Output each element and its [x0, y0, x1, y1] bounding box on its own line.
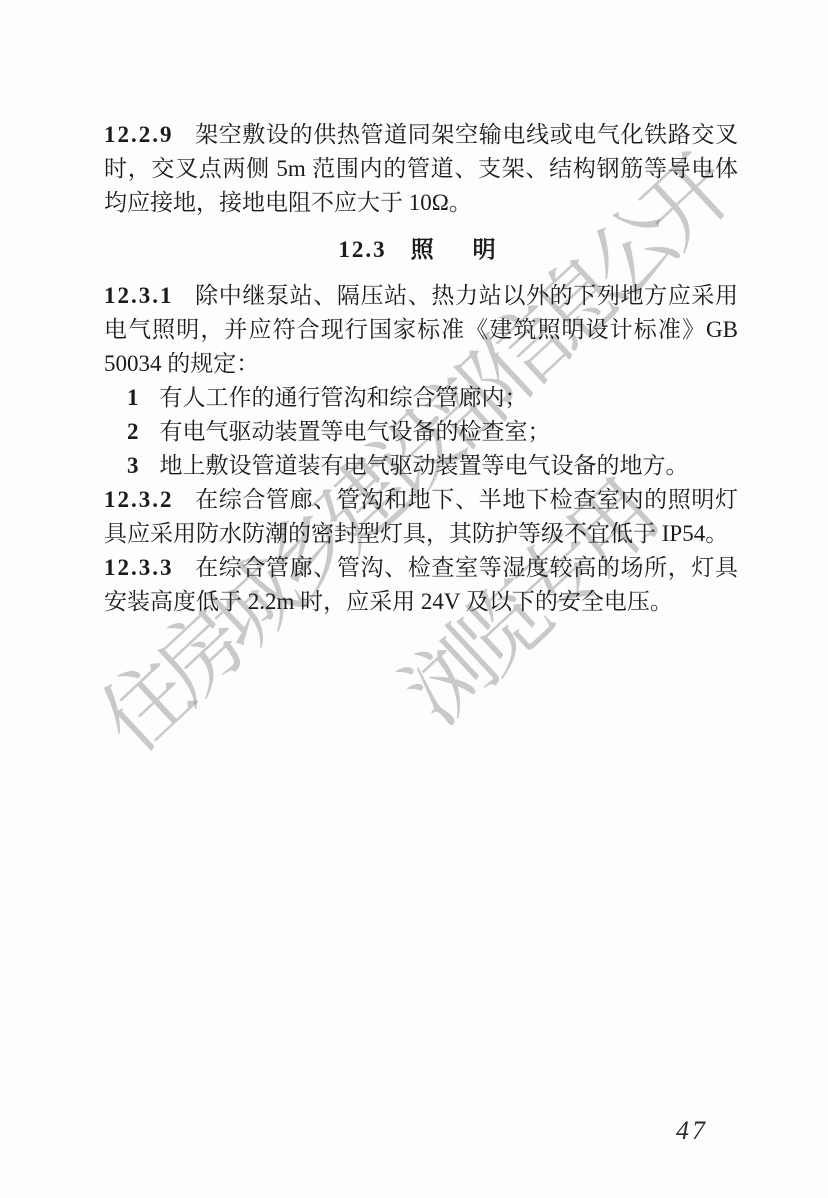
list-item-1-text: 有人工作的通行管沟和综合管廊内； — [160, 385, 528, 410]
list-item-2: 2有电气驱动装置等电气设备的检查室； — [104, 415, 738, 449]
section-heading-title: 照 明 — [411, 237, 504, 262]
document-page: 住房城乡建设部信息公开 浏览专用 12.2.9架空敷设的供热管道同架空输电线或电… — [0, 0, 828, 1198]
clause-12-3-3-text: 在综合管廊、管沟、检查室等湿度较高的场所，灯具安装高度低于 2.2m 时，应采用… — [104, 555, 738, 614]
clause-12-3-1-number: 12.3.1 — [104, 283, 174, 308]
clause-12-3-2: 12.3.2在综合管廊、管沟和地下、半地下检查室内的照明灯具应采用防水防潮的密封… — [104, 483, 738, 551]
page-number: 47 — [676, 1116, 708, 1146]
section-heading-number: 12.3 — [338, 237, 386, 262]
list-item-1: 1有人工作的通行管沟和综合管廊内； — [104, 381, 738, 415]
list-item-2-text: 有电气驱动装置等电气设备的检查室； — [160, 419, 551, 444]
list-item-1-number: 1 — [127, 385, 139, 410]
list-item-2-number: 2 — [127, 419, 139, 444]
list-item-3: 3地上敷设管道装有电气驱动装置等电气设备的地方。 — [104, 449, 738, 483]
section-heading-12-3: 12.3照 明 — [104, 233, 738, 267]
clause-12-2-9: 12.2.9架空敷设的供热管道同架空输电线或电气化铁路交叉时，交叉点两侧 5m … — [104, 118, 738, 220]
clause-12-3-3: 12.3.3在综合管廊、管沟、检查室等湿度较高的场所，灯具安装高度低于 2.2m… — [104, 551, 738, 619]
clause-12-3-1: 12.3.1除中继泵站、隔压站、热力站以外的下列地方应采用电气照明，并应符合现行… — [104, 279, 738, 381]
clause-12-3-3-number: 12.3.3 — [104, 555, 174, 580]
clause-12-3-1-text: 除中继泵站、隔压站、热力站以外的下列地方应采用电气照明，并应符合现行国家标准《建… — [104, 283, 738, 376]
clause-12-3-2-text: 在综合管廊、管沟和地下、半地下检查室内的照明灯具应采用防水防潮的密封型灯具，其防… — [104, 487, 738, 546]
clause-12-3-2-number: 12.3.2 — [104, 487, 174, 512]
list-item-3-number: 3 — [127, 453, 139, 478]
list-item-3-text: 地上敷设管道装有电气驱动装置等电气设备的地方。 — [160, 453, 689, 478]
clause-12-2-9-text: 架空敷设的供热管道同架空输电线或电气化铁路交叉时，交叉点两侧 5m 范围内的管道… — [104, 122, 738, 215]
content-area: 12.2.9架空敷设的供热管道同架空输电线或电气化铁路交叉时，交叉点两侧 5m … — [104, 118, 738, 619]
clause-12-2-9-number: 12.2.9 — [104, 122, 174, 147]
